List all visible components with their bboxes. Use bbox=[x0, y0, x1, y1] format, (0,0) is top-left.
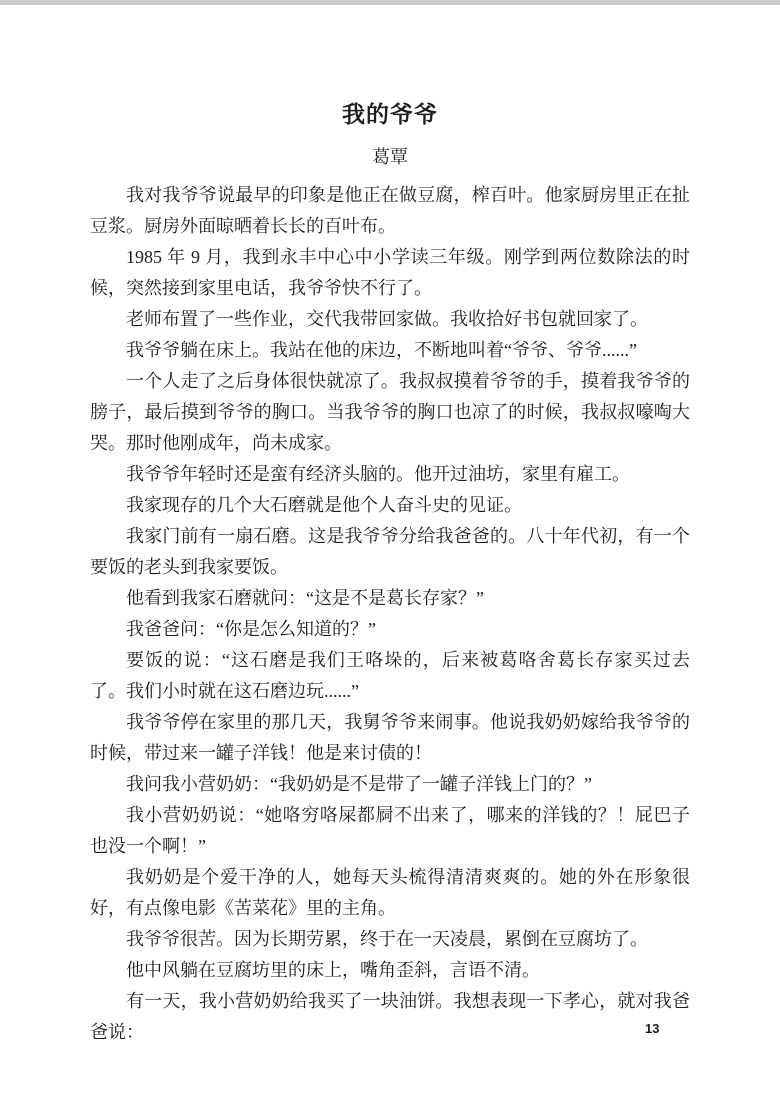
paragraph: 要饭的说：“这石磨是我们王咯垛的，后来被葛咯舍葛长存家买过去了。我们小时就在这石… bbox=[90, 645, 690, 707]
paragraph: 我奶奶是个爱干净的人，她每天头梳得清清爽爽的。她的外在形象很好，有点像电影《苦菜… bbox=[90, 862, 690, 924]
author-name: 葛覃 bbox=[0, 142, 780, 172]
paragraph: 我爷爷躺在床上。我站在他的床边，不断地叫着“爷爷、爷爷......” bbox=[90, 335, 690, 366]
document-page: 我的爷爷 葛覃 我对我爷爷说最早的印象是他正在做豆腐，榨百叶。他家厨房里正在扯豆… bbox=[0, 0, 780, 1101]
paragraph: 我问我小营奶奶：“我奶奶是不是带了一罐子洋钱上门的？” bbox=[90, 769, 690, 800]
paragraph: 他中风躺在豆腐坊里的床上，嘴角歪斜，言语不清。 bbox=[90, 955, 690, 986]
paragraph: 老师布置了一些作业，交代我带回家做。我收拾好书包就回家了。 bbox=[90, 304, 690, 335]
document-body: 我对我爷爷说最早的印象是他正在做豆腐，榨百叶。他家厨房里正在扯豆浆。厨房外面晾晒… bbox=[90, 180, 690, 1048]
paragraph: 我爷爷年轻时还是蛮有经济头脑的。他开过油坊，家里有雇工。 bbox=[90, 459, 690, 490]
page-title: 我的爷爷 bbox=[0, 97, 780, 133]
paragraph: 他看到我家石磨就问：“这是不是葛长存家？” bbox=[90, 583, 690, 614]
paragraph: 一个人走了之后身体很快就凉了。我叔叔摸着爷爷的手，摸着我爷爷的膀子，最后摸到爷爷… bbox=[90, 366, 690, 459]
page-number: 13 bbox=[645, 1021, 659, 1036]
paragraph: 我家现存的几个大石磨就是他个人奋斗史的见证。 bbox=[90, 490, 690, 521]
paragraph: 我小营奶奶说：“她咯穷咯屎都屙不出来了，哪来的洋钱的？！屁巴子也没一个啊！” bbox=[90, 800, 690, 862]
paragraph: 我对我爷爷说最早的印象是他正在做豆腐，榨百叶。他家厨房里正在扯豆浆。厨房外面晾晒… bbox=[90, 180, 690, 242]
page-top-edge bbox=[0, 0, 780, 5]
paragraph: 我家门前有一扇石磨。这是我爷爷分给我爸爸的。八十年代初，有一个要饭的老头到我家要… bbox=[90, 521, 690, 583]
paragraph: 我爷爷很苦。因为长期劳累，终于在一天凌晨，累倒在豆腐坊了。 bbox=[90, 924, 690, 955]
paragraph: 我爸爸问：“你是怎么知道的？” bbox=[90, 614, 690, 645]
paragraph: 我爷爷停在家里的那几天，我舅爷爷来闹事。他说我奶奶嫁给我爷爷的时候，带过来一罐子… bbox=[90, 707, 690, 769]
paragraph: 1985 年 9 月，我到永丰中心中小学读三年级。刚学到两位数除法的时候，突然接… bbox=[90, 242, 690, 304]
paragraph: 有一天，我小营奶奶给我买了一块油饼。我想表现一下孝心，就对我爸爸说： bbox=[90, 986, 690, 1048]
